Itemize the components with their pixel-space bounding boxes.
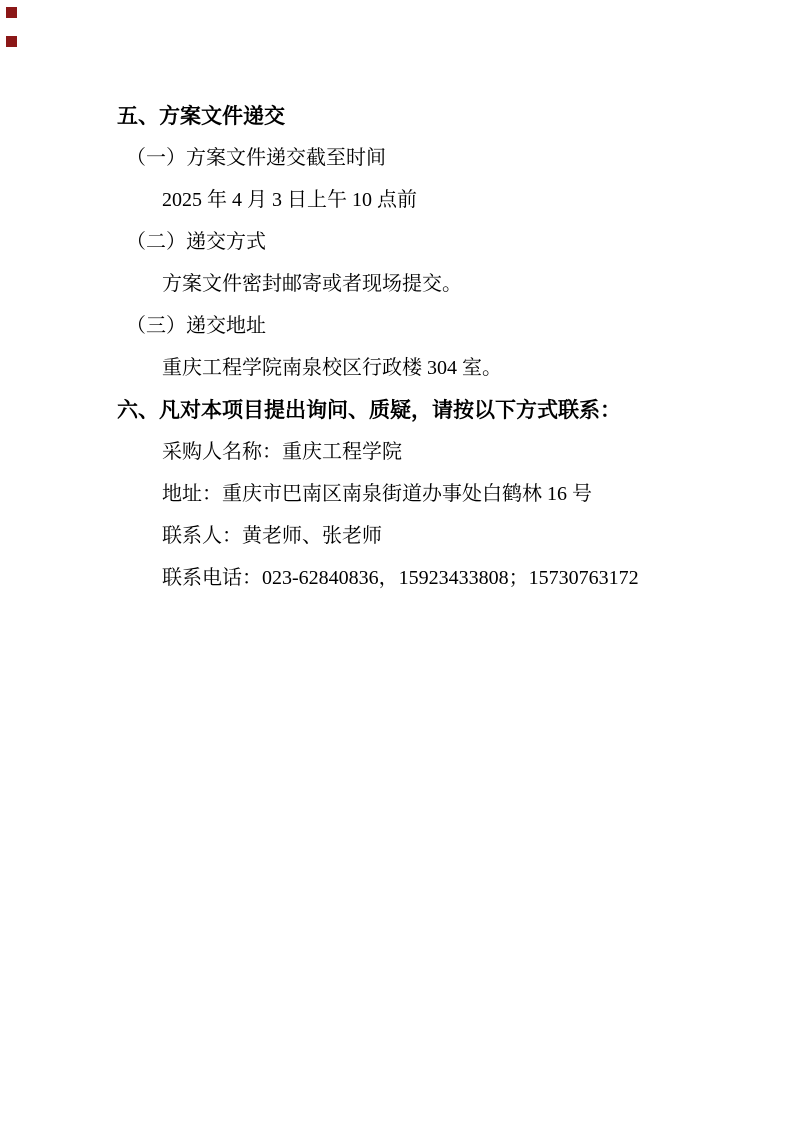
delivery-address-label: （三）递交地址 <box>0 305 794 347</box>
deadline-value: 2025 年 4 月 3 日上午 10 点前 <box>0 179 794 221</box>
red-corner-mark <box>6 7 17 18</box>
section-five-heading: 五、方案文件递交 <box>0 95 794 137</box>
delivery-address-value: 重庆工程学院南泉校区行政楼 304 室。 <box>0 347 794 389</box>
contact-phone-line: 联系电话：023-62840836，15923433808；1573076317… <box>0 557 794 599</box>
delivery-method-label: （二）递交方式 <box>0 221 794 263</box>
document-page: 五、方案文件递交 （一）方案文件递交截至时间 2025 年 4 月 3 日上午 … <box>0 0 794 1122</box>
document-body: 五、方案文件递交 （一）方案文件递交截至时间 2025 年 4 月 3 日上午 … <box>0 95 794 599</box>
section-six-heading: 六、凡对本项目提出询问、质疑，请按以下方式联系： <box>0 389 794 431</box>
purchaser-address-line: 地址：重庆市巴南区南泉街道办事处白鹤林 16 号 <box>0 473 794 515</box>
contact-person-line: 联系人：黄老师、张老师 <box>0 515 794 557</box>
deadline-label: （一）方案文件递交截至时间 <box>0 137 794 179</box>
red-corner-mark <box>6 36 17 47</box>
delivery-method-value: 方案文件密封邮寄或者现场提交。 <box>0 263 794 305</box>
purchaser-name-line: 采购人名称：重庆工程学院 <box>0 431 794 473</box>
